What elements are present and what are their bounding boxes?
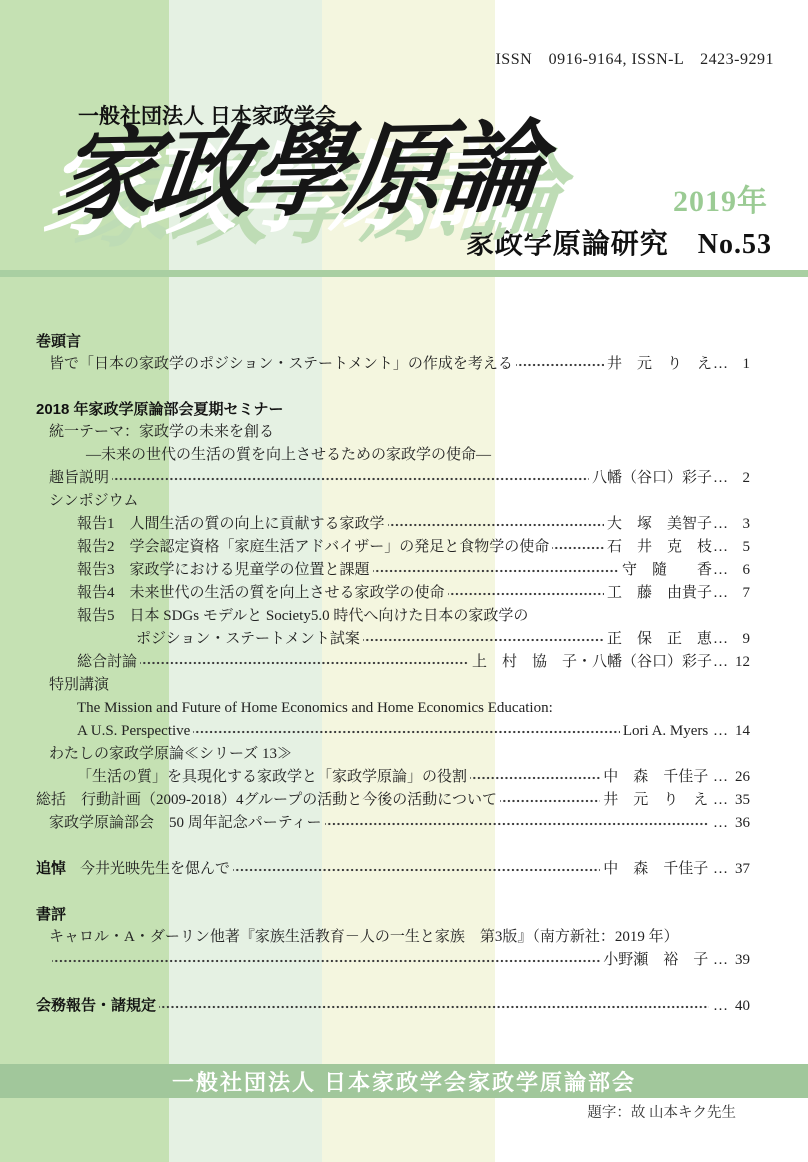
dotted-leader <box>325 816 709 831</box>
page-separator: … <box>713 812 728 835</box>
page-number: 37 <box>728 858 750 881</box>
page-separator: … <box>713 651 728 674</box>
dotted-leader <box>193 724 620 739</box>
toc-heading: 巻頭言 <box>36 330 750 353</box>
toc-author: 中 森 千佳子 <box>603 858 712 881</box>
page-number: 5 <box>728 536 750 559</box>
page-number: 3 <box>728 513 750 536</box>
toc-author: 正 保 正 恵 <box>607 628 712 651</box>
header-divider <box>0 270 808 277</box>
dotted-leader <box>500 793 600 808</box>
toc-item-title: —未来の世代の生活の質を向上させるための家政学の使命— <box>86 444 491 467</box>
dotted-leader <box>363 632 604 647</box>
toc-item-title: 報告5 日本 SDGs モデルと Society5.0 時代へ向けた日本の家政学… <box>77 605 528 628</box>
dotted-leader <box>159 999 709 1014</box>
page-number: 36 <box>728 812 750 835</box>
dotted-leader <box>112 471 589 486</box>
page-separator: … <box>713 513 728 536</box>
toc-section-label: 会務報告・諸規定 <box>36 994 156 1017</box>
toc-item-title: ポジション・ステートメント試案 <box>136 628 360 651</box>
page-separator: … <box>713 559 728 582</box>
year-label: 2019年 <box>673 176 768 220</box>
page-separator: … <box>713 789 728 812</box>
toc-entry: 総合討論上 村 協 子・八幡（谷口）彩子…12 <box>36 651 750 674</box>
toc-item-title: 総括 行動計画（2009-2018）4グループの活動と今後の活動について <box>36 789 497 812</box>
toc-item-title: 「生活の質」を具現化する家政学と「家政学原論」の役割 <box>77 766 467 789</box>
page-number: 26 <box>728 766 750 789</box>
page-number: 39 <box>728 949 750 972</box>
dotted-leader <box>373 563 619 578</box>
toc-entry: A U.S. PerspectiveLori A. Myers …14 <box>36 720 750 743</box>
page-number: 12 <box>728 651 750 674</box>
toc-author: 小野瀬 裕 子 <box>603 949 712 972</box>
toc-item-title: 今井光映先生を偲んで <box>80 858 230 881</box>
page-number: 7 <box>728 582 750 605</box>
journal-subtitle: 家政学原論研究 No.53 <box>466 222 772 262</box>
toc-entry: 報告3 家政学における児童学の位置と課題守 隨 香…6 <box>36 559 750 582</box>
toc-item-title: 書評 <box>36 903 66 926</box>
page-number: 6 <box>728 559 750 582</box>
page-separator: … <box>713 858 728 881</box>
toc-author: 井 元 り え <box>607 353 712 376</box>
toc-author: 井 元 り え <box>603 789 712 812</box>
page-separator: … <box>713 467 728 490</box>
page-number: 40 <box>728 995 750 1018</box>
dotted-leader <box>470 770 600 785</box>
page-separator: … <box>713 353 728 376</box>
publisher-name: 一般社団法人 日本家政学会家政学原論部会 <box>172 1066 636 1097</box>
dotted-leader <box>233 862 600 877</box>
toc-author: 守 隨 香 <box>622 559 712 582</box>
toc-entry: 総括 行動計画（2009-2018）4グループの活動と今後の活動について井 元 … <box>36 789 750 812</box>
toc-heading: 2018 年家政学原論部会夏期セミナー <box>36 398 750 421</box>
dotted-leader <box>448 586 604 601</box>
toc-item-title: 総合討論 <box>77 651 137 674</box>
toc-section-label: 追悼 <box>36 857 66 880</box>
toc-author: 八幡（谷口）彩子 <box>592 467 712 490</box>
toc-item-title: 家政学原論部会 50 周年記念パーティー <box>49 812 322 835</box>
page-separator: … <box>713 949 728 972</box>
page-separator: … <box>713 536 728 559</box>
toc-entry: 家政学原論部会 50 周年記念パーティー…36 <box>36 812 750 835</box>
toc-entry: 統一テーマ：家政学の未来を創る <box>36 421 750 444</box>
toc-item-title: わたしの家政学原論≪シリーズ 13≫ <box>49 743 292 766</box>
page-separator: … <box>713 720 728 743</box>
page-separator: … <box>713 628 728 651</box>
publisher-band: 一般社団法人 日本家政学会家政学原論部会 <box>0 1064 808 1098</box>
toc-entry: キャロル・A・ダーリン他著『家族生活教育－人の一生と家族 第3版』（南方新社：2… <box>36 926 750 949</box>
toc-entry: わたしの家政学原論≪シリーズ 13≫ <box>36 743 750 766</box>
toc-item-title: 2018 年家政学原論部会夏期セミナー <box>36 398 284 421</box>
toc: 巻頭言皆で「日本の家政学のポジション・ステートメント」の作成を考える井 元 り … <box>36 330 750 1018</box>
toc-entry: 小野瀬 裕 子 …39 <box>36 949 750 972</box>
page-number: 1 <box>728 353 750 376</box>
toc-author: 石 井 克 枝 <box>607 536 712 559</box>
page-separator: … <box>713 582 728 605</box>
toc-entry: 報告4 未来世代の生活の質を向上させる家政学の使命工 藤 由貴子…7 <box>36 582 750 605</box>
toc-item-title: 統一テーマ：家政学の未来を創る <box>49 421 274 444</box>
page-number: 2 <box>728 467 750 490</box>
toc-entry: 皆で「日本の家政学のポジション・ステートメント」の作成を考える井 元 り え…1 <box>36 353 750 376</box>
toc-author: 上 村 協 子・八幡（谷口）彩子 <box>472 651 712 674</box>
toc-item-title: 皆で「日本の家政学のポジション・ステートメント」の作成を考える <box>49 353 513 376</box>
toc-entry: ポジション・ステートメント試案正 保 正 恵…9 <box>36 628 750 651</box>
toc-author: 工 藤 由貴子 <box>607 582 712 605</box>
toc-entry: 趣旨説明八幡（谷口）彩子…2 <box>36 467 750 490</box>
page-number: 35 <box>728 789 750 812</box>
page-separator: … <box>713 766 728 789</box>
dotted-leader <box>552 540 604 555</box>
toc-item-title: The Mission and Future of Home Economics… <box>77 697 553 720</box>
toc-item-title: キャロル・A・ダーリン他著『家族生活教育－人の一生と家族 第3版』（南方新社：2… <box>49 926 679 949</box>
toc-author: 大 塚 美智子 <box>607 513 712 536</box>
toc-entry: シンポジウム <box>36 490 750 513</box>
toc-author: Lori A. Myers <box>623 720 712 743</box>
toc-entry: 会務報告・諸規定…40 <box>36 994 750 1018</box>
toc-item-title: 趣旨説明 <box>49 467 109 490</box>
toc-item-title: 巻頭言 <box>36 330 81 353</box>
toc-author: 中 森 千佳子 <box>603 766 712 789</box>
toc-entry: —未来の世代の生活の質を向上させるための家政学の使命— <box>36 444 750 467</box>
dotted-leader <box>140 655 469 670</box>
toc-item-title: 報告4 未来世代の生活の質を向上させる家政学の使命 <box>77 582 445 605</box>
journal-title-calligraphy: 家政學原論 <box>52 112 545 230</box>
toc-entry: 特別講演 <box>36 674 750 697</box>
toc-item-title: 特別講演 <box>49 674 109 697</box>
toc-entry: 「生活の質」を具現化する家政学と「家政学原論」の役割中 森 千佳子 …26 <box>36 766 750 789</box>
toc-heading: 書評 <box>36 903 750 926</box>
calligraphy-credit: 題字：故 山本キク先生 <box>587 1101 736 1122</box>
toc-entry: The Mission and Future of Home Economics… <box>36 697 750 720</box>
dotted-leader <box>516 357 604 372</box>
dotted-leader <box>388 517 604 532</box>
toc-entry: 報告2 学会認定資格「家庭生活アドバイザー」の発足と食物学の使命石 井 克 枝…… <box>36 536 750 559</box>
page-separator: … <box>713 995 728 1018</box>
toc-item-title: A U.S. Perspective <box>77 720 190 743</box>
toc-item-title: 報告2 学会認定資格「家庭生活アドバイザー」の発足と食物学の使命 <box>77 536 549 559</box>
toc-entry: 報告5 日本 SDGs モデルと Society5.0 時代へ向けた日本の家政学… <box>36 605 750 628</box>
page-number: 14 <box>728 720 750 743</box>
toc-item-title: 報告3 家政学における児童学の位置と課題 <box>77 559 370 582</box>
toc-entry: 報告1 人間生活の質の向上に貢献する家政学大 塚 美智子…3 <box>36 513 750 536</box>
toc-item-title: シンポジウム <box>49 490 138 513</box>
dotted-leader <box>52 953 600 968</box>
toc-item-title: 報告1 人間生活の質の向上に貢献する家政学 <box>77 513 385 536</box>
page-number: 9 <box>728 628 750 651</box>
toc-entry: 追悼今井光映先生を偲んで中 森 千佳子 …37 <box>36 857 750 881</box>
issn-line: ISSN 0916-9164, ISSN-L 2423-9291 <box>495 46 774 69</box>
